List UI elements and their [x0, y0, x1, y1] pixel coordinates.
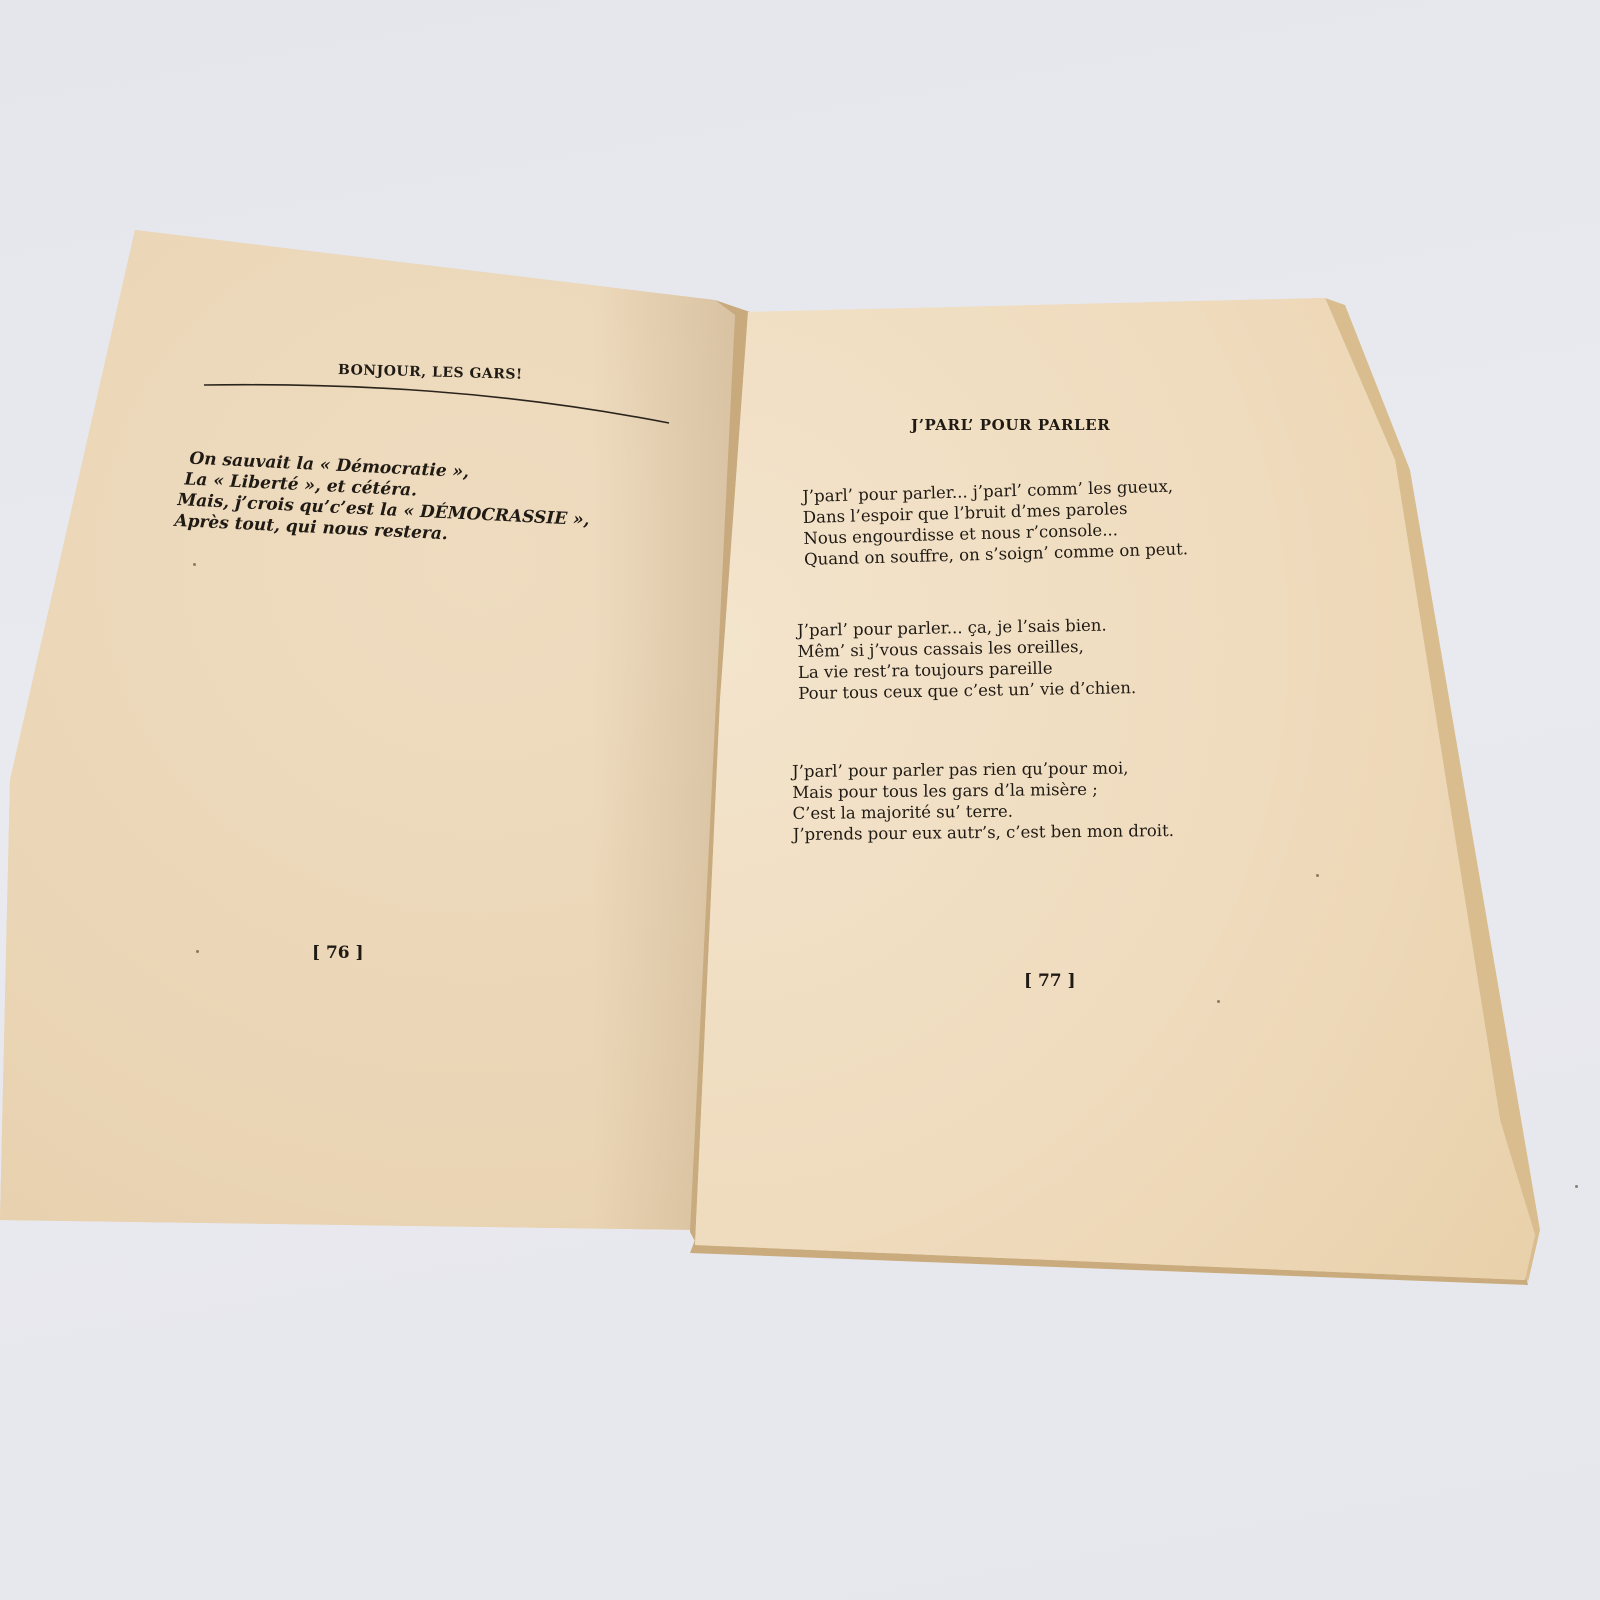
stanza-2: J’parl’ pour parler... ça, je l’sais bie…: [797, 614, 1136, 704]
page-number-right: [ 77 ]: [1024, 971, 1076, 991]
paper-speck: [1217, 1000, 1220, 1003]
stanza-3: J’parl’ pour parler pas rien qu’pour moi…: [792, 757, 1174, 845]
left-page-gutter-shadow: [0, 0, 740, 1600]
paper-speck: [193, 563, 196, 566]
verse-line: J’parl’ pour parler pas rien qu’pour moi…: [792, 757, 1173, 782]
photo-scene: BONJOUR, LES GARS! On sauvait la « Démoc…: [0, 0, 1600, 1600]
table-speck: [1575, 1185, 1578, 1188]
verse-line: J’prends pour eux autr’s, c’est ben mon …: [793, 820, 1174, 845]
paper-speck: [1316, 874, 1319, 877]
paper-speck: [196, 950, 199, 953]
page-number-left: [ 76 ]: [312, 943, 364, 963]
poem-title: J’PARL’ POUR PARLER: [911, 416, 1110, 434]
running-head-rule: [204, 383, 674, 443]
stanza-1: J’parl’ pour parler... j’parl’ comm’ les…: [802, 475, 1188, 570]
